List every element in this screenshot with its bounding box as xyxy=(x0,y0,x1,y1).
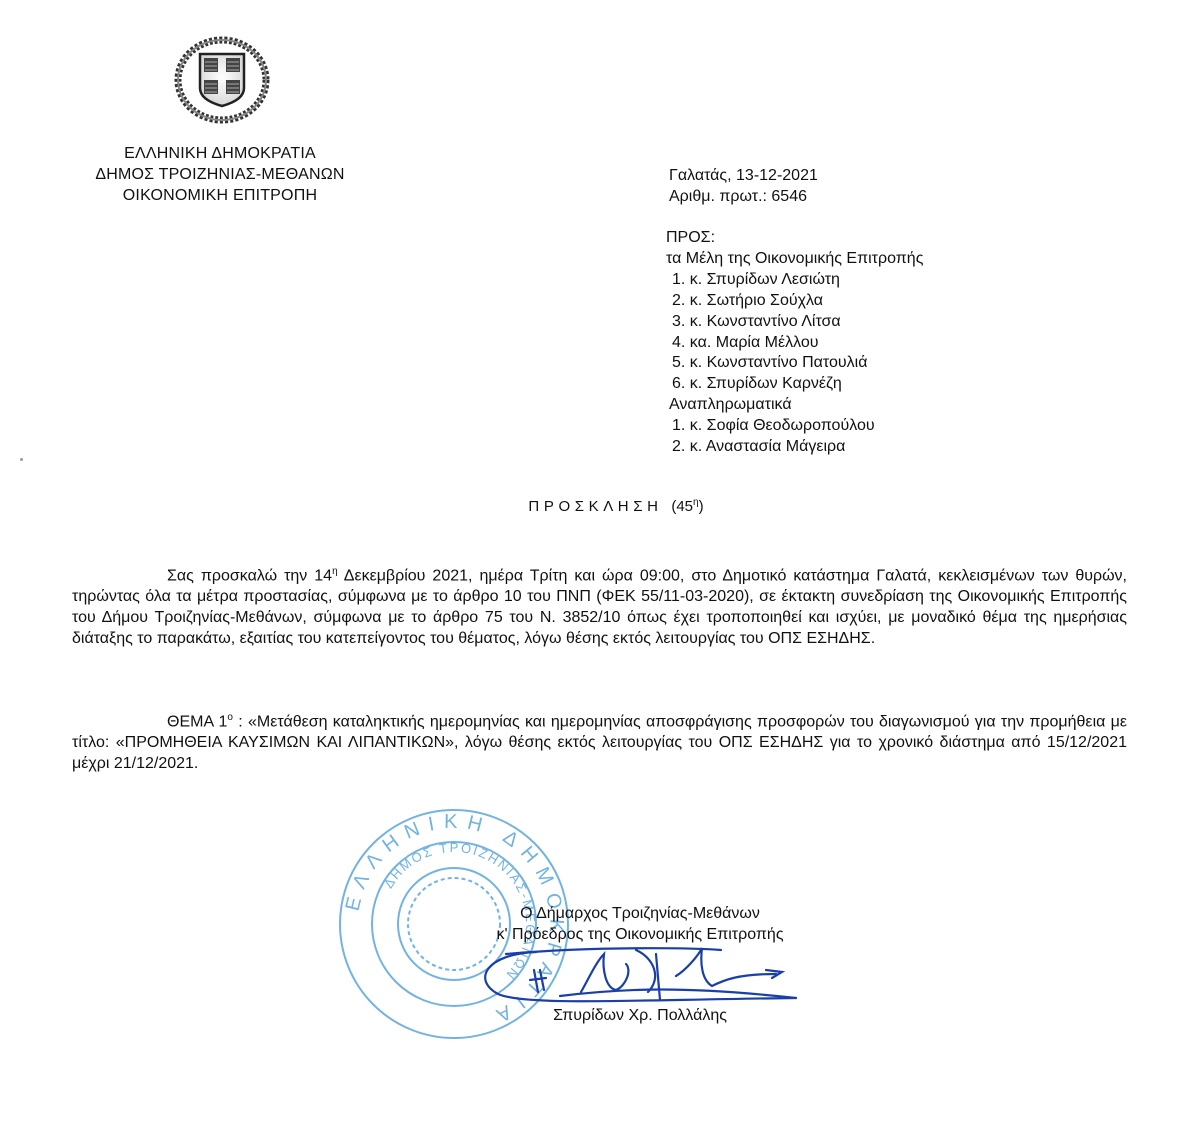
scan-speck xyxy=(20,458,23,461)
place-date: Γαλατάς, 13-12-2021 xyxy=(669,165,818,186)
signatory-name: Σπυρίδων Χρ. Πολλάλης xyxy=(440,1007,840,1025)
signatory-role-line1: Ο Δήμαρχος Τροιζηνίας-Μεθάνων xyxy=(440,903,840,924)
signatory-role: Ο Δήμαρχος Τροιζηνίας-Μεθάνων κ' Πρόεδρο… xyxy=(440,903,840,945)
alternates-label: Αναπληρωματικά xyxy=(666,395,923,416)
member-item: 3. κ. Κωνσταντίνο Λίτσα xyxy=(666,312,923,333)
recipients-group: τα Μέλη της Οικονομικής Επιτροπής xyxy=(666,249,923,270)
handwritten-signature-icon xyxy=(476,940,806,1006)
issuer-line-municipality: ΔΗΜΟΣ ΤΡΟΙΖΗΝΙΑΣ-ΜΕΘΑΝΩΝ xyxy=(70,164,370,185)
protocol-number: 6546 xyxy=(771,188,807,205)
protocol-number-line: Αριθμ. πρωτ.: 6546 xyxy=(669,186,818,207)
title-text: ΠΡΟΣΚΛΗΣΗ xyxy=(528,498,662,515)
agenda-item-paragraph: ΘΕΜΑ 1ο : «Μετάθεση καταληκτικής ημερομη… xyxy=(72,707,1127,774)
member-item: 5. κ. Κωνσταντίνο Πατουλιά xyxy=(666,353,923,374)
issuer-line-country: ΕΛΛΗΝΙΚΗ ΔΗΜΟΚΡΑΤΙΑ xyxy=(70,143,370,164)
member-item: 4. κα. Μαρία Μέλλου xyxy=(666,333,923,354)
document-meta: Γαλατάς, 13-12-2021 Αριθμ. πρωτ.: 6546 xyxy=(669,165,818,207)
member-item: 2. κ. Σωτήριο Σούχλα xyxy=(666,291,923,312)
document-title: ΠΡΟΣΚΛΗΣΗ (45η) xyxy=(0,497,1200,515)
recipients-block: ΠΡΟΣ: τα Μέλη της Οικονομικής Επιτροπής … xyxy=(666,228,923,458)
issuer-line-committee: ΟΙΚΟΝΟΜΙΚΗ ΕΠΙΤΡΟΠΗ xyxy=(70,185,370,206)
member-item: 6. κ. Σπυρίδων Καρνέζη xyxy=(666,374,923,395)
alternate-item: 2. κ. Αναστασία Μάγειρα xyxy=(666,437,923,458)
greek-coat-of-arms-icon xyxy=(172,36,272,126)
recipients-label: ΠΡΟΣ: xyxy=(666,228,923,249)
issuer-header: ΕΛΛΗΝΙΚΗ ΔΗΜΟΚΡΑΤΙΑ ΔΗΜΟΣ ΤΡΟΙΖΗΝΙΑΣ-ΜΕΘ… xyxy=(70,143,370,206)
alternate-item: 1. κ. Σοφία Θεοδωροπούλου xyxy=(666,416,923,437)
member-item: 1. κ. Σπυρίδων Λεσιώτη xyxy=(666,270,923,291)
invitation-number: (45η) xyxy=(671,498,703,515)
protocol-label: Αριθμ. πρωτ.: xyxy=(669,188,767,205)
invitation-paragraph: Σας προσκαλώ την 14η Δεκεμβρίου 2021, ημ… xyxy=(72,561,1127,649)
